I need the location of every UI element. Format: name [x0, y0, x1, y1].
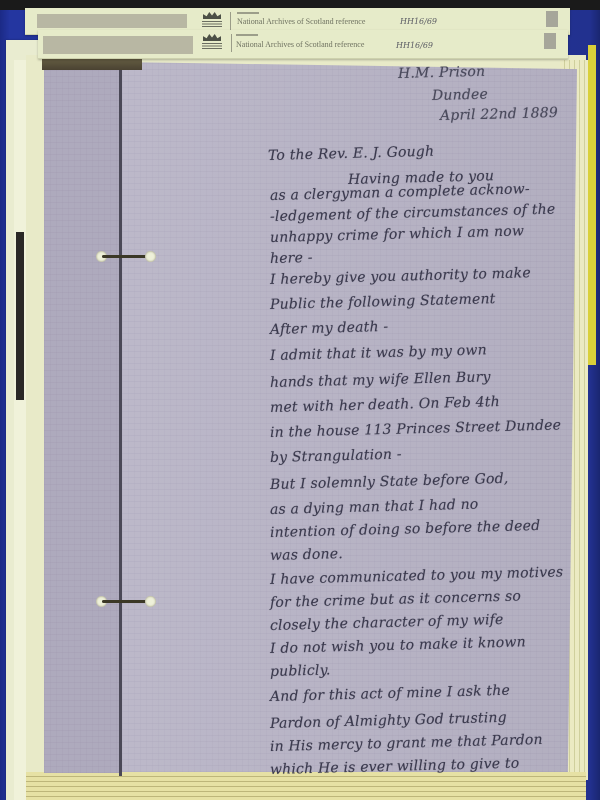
letter-salutation: To the Rev. E. J. Gough	[268, 144, 435, 164]
letter-line: as a dying man that I had no	[270, 497, 479, 518]
letter-line: hands that my wife Ellen Bury	[270, 369, 491, 391]
letter-line: as a clergyman a complete acknow-	[270, 181, 530, 204]
letter-line: by Strangulation -	[270, 447, 402, 466]
handwritten-letter: H.M. Prison Dundee April 22nd 1889 To th…	[0, 0, 600, 800]
letter-line: for the crime but as it concerns so	[270, 588, 521, 611]
letter-line: I admit that it was by my own	[270, 342, 487, 364]
letter-line: here -	[270, 250, 313, 267]
letter-line: closely the character of my wife	[270, 612, 504, 634]
letter-line: publicly.	[270, 662, 331, 680]
letter-line: in the house 113 Princes Street Dundee	[270, 417, 562, 441]
letter-line: -ledgement of the circumstances of the	[270, 202, 556, 225]
letter-line: intention of doing so before the deed	[270, 518, 541, 541]
letter-line: I do not wish you to make it known	[270, 634, 526, 657]
letter-line: Pardon of Almighty God trusting	[270, 710, 507, 732]
letter-line: Public the following Statement	[270, 291, 496, 313]
letter-line: But I solemnly State before God,	[270, 471, 509, 493]
letter-place: H.M. Prison	[398, 64, 486, 82]
letter-line: unhappy crime for which I am now	[270, 223, 524, 246]
letter-line: And for this act of mine I ask the	[270, 683, 510, 705]
document-photo: National Archives of Scotland reference …	[0, 0, 600, 800]
letter-line: I have communicated to you my motives	[270, 564, 564, 588]
letter-line: which He is ever willing to give to	[270, 755, 520, 778]
letter-line: in His mercy to grant me that Pardon	[270, 732, 543, 755]
letter-line: I hereby give you authority to make	[270, 265, 531, 288]
letter-city: Dundee	[432, 87, 488, 104]
letter-date: April 22nd 1889	[440, 105, 558, 124]
letter-line: was done.	[270, 546, 343, 564]
letter-line: After my death -	[270, 319, 389, 338]
letter-line: met with her death. On Feb 4th	[270, 394, 500, 416]
